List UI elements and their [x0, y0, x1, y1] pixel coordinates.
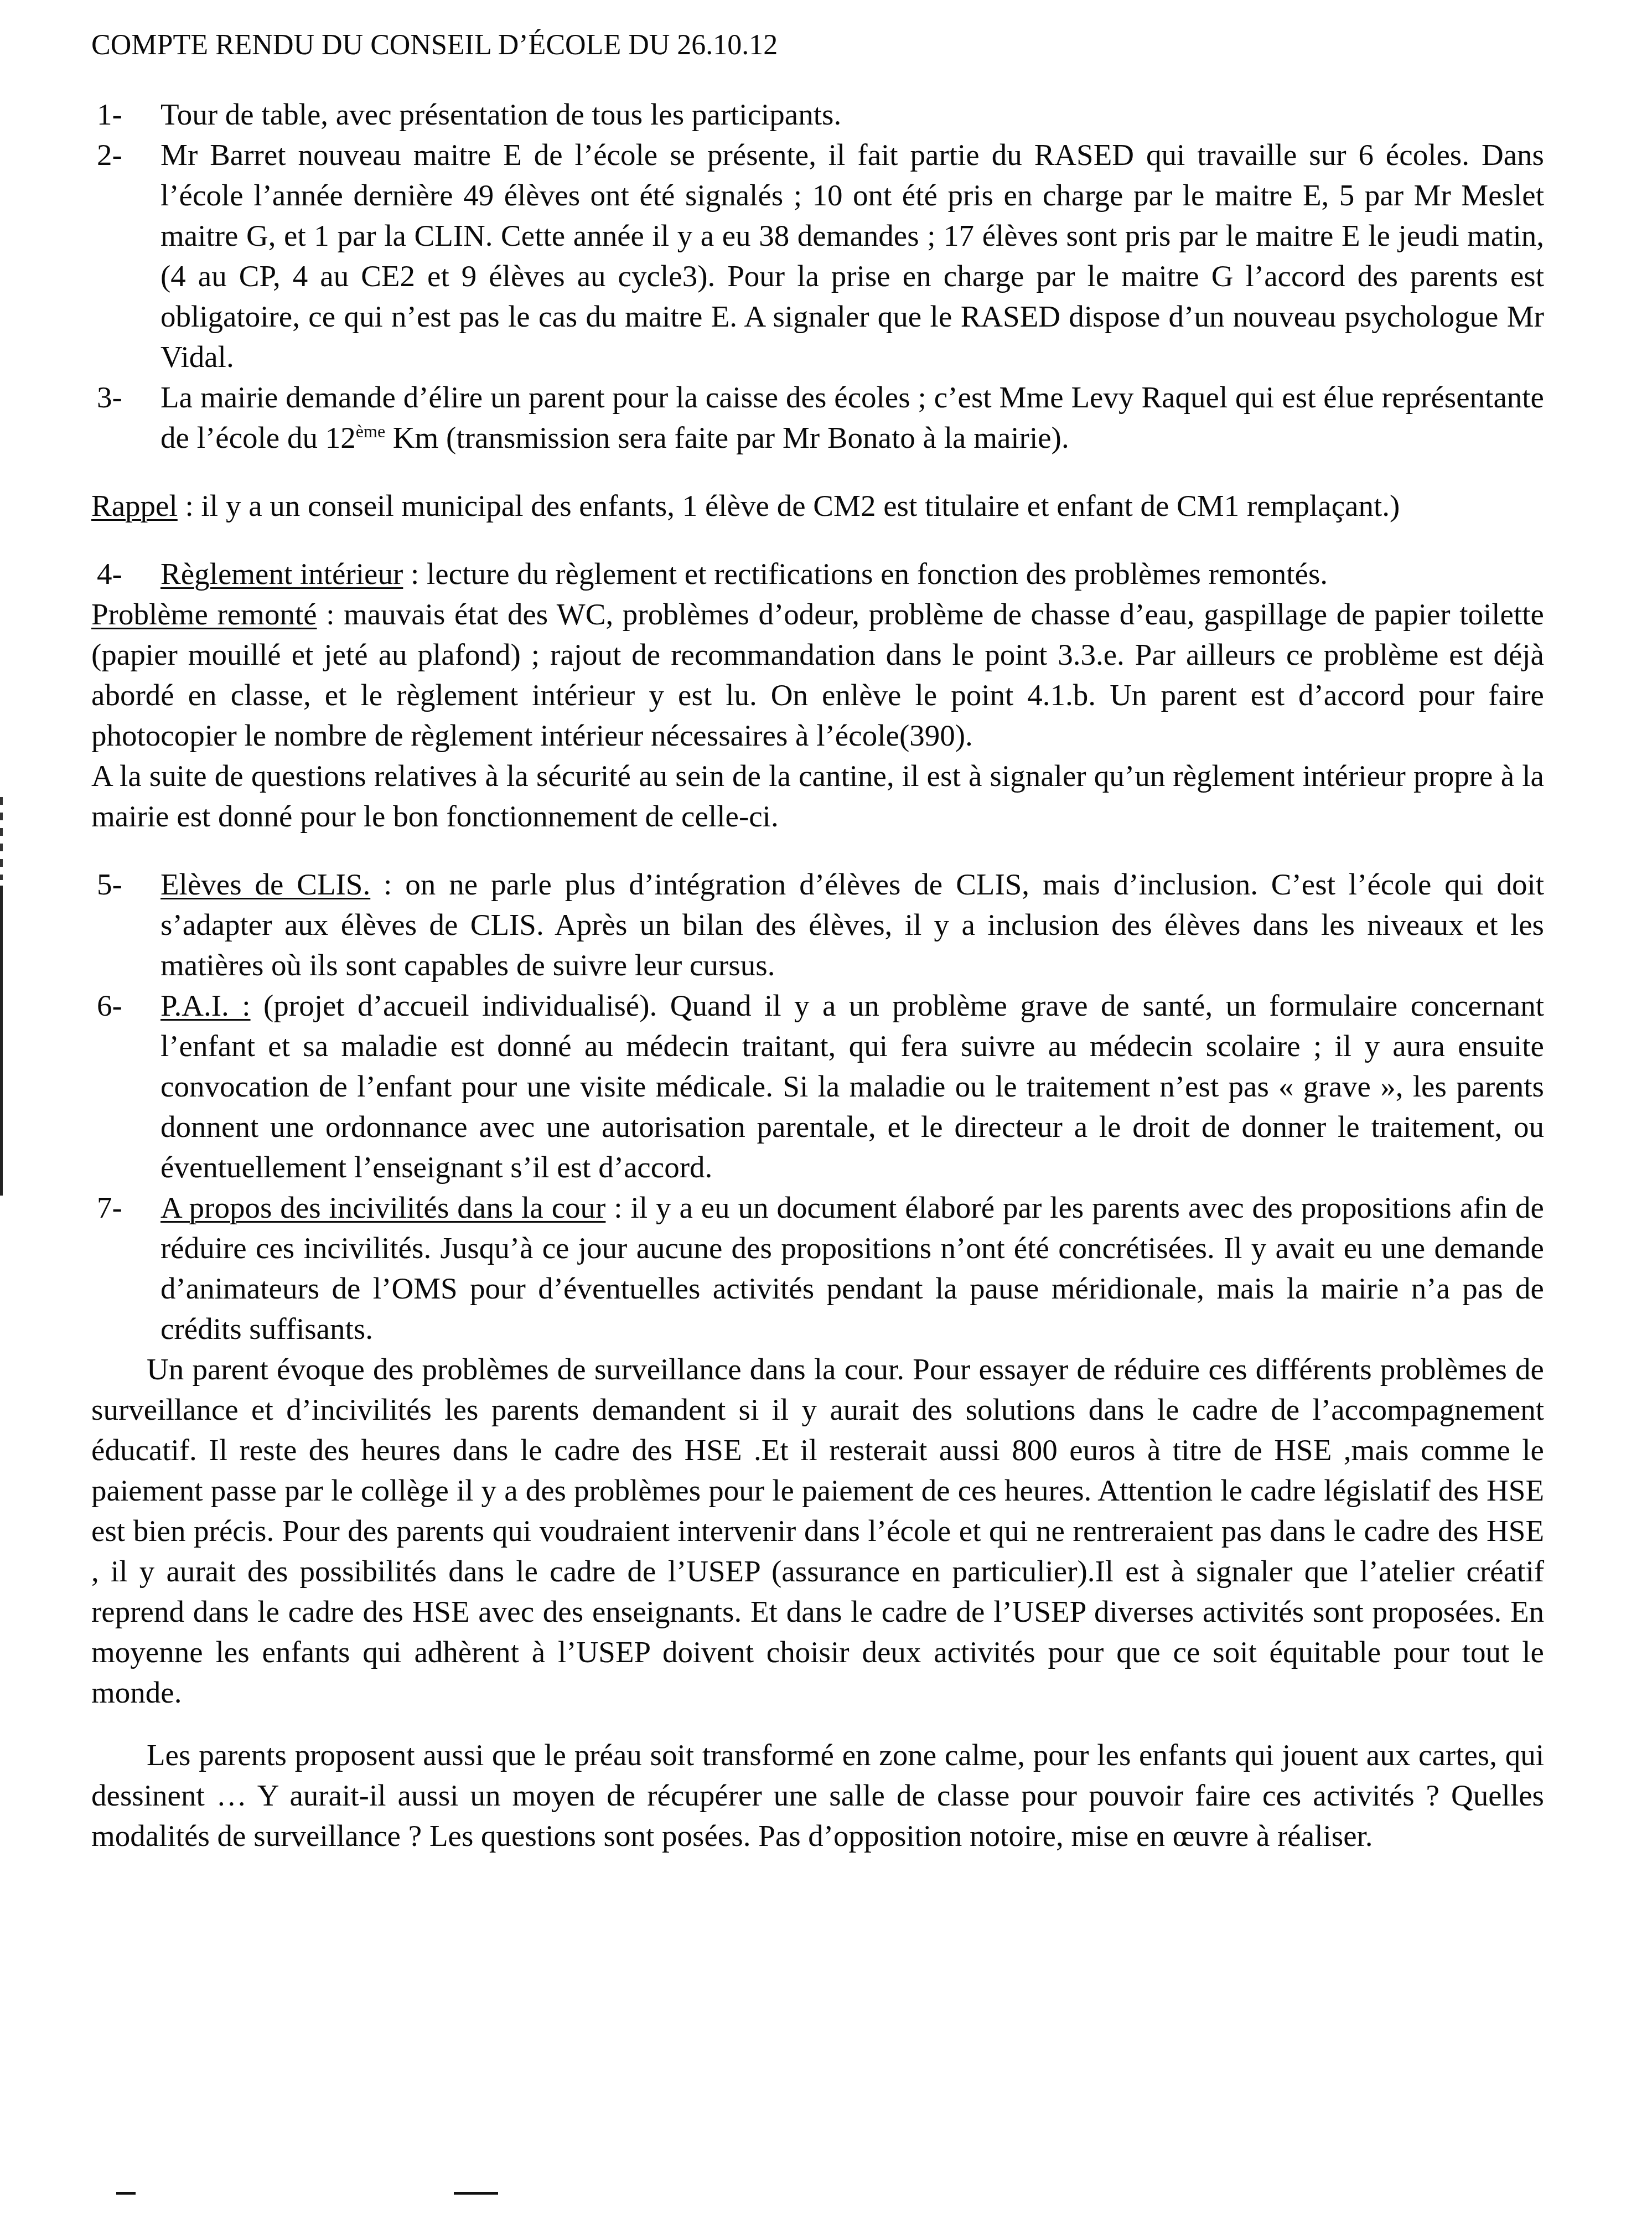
item-number: 3- — [97, 377, 160, 458]
item-number: 7- — [97, 1187, 160, 1349]
document-body: 1- Tour de table, avec présentation de t… — [91, 94, 1544, 1856]
item-1: 1- Tour de table, avec présentation de t… — [97, 94, 1544, 135]
item-number: 4- — [97, 553, 160, 594]
superscript: ème — [356, 421, 385, 441]
item-number: 6- — [97, 985, 160, 1187]
rappel-label: Rappel — [91, 489, 178, 523]
item-3: 3- La mairie demande d’élire un parent p… — [97, 377, 1544, 458]
item-7: 7- A propos des incivilités dans la cour… — [97, 1187, 1544, 1349]
item-2: 2- Mr Barret nouveau maitre E de l’école… — [97, 135, 1544, 377]
preau-paragraph: Les parents proposent aussi que le préau… — [91, 1735, 1544, 1856]
item-text: Tour de table, avec présentation de tous… — [160, 94, 1544, 135]
item-4: 4- Règlement intérieur : lecture du règl… — [91, 553, 1544, 594]
item-label: Elèves de CLIS. — [160, 867, 370, 901]
item-text: La mairie demande d’élire un parent pour… — [160, 377, 1544, 458]
item-text-part: : lecture du règlement et rectifications… — [403, 557, 1328, 591]
items-5-7: 5- Elèves de CLIS. : on ne parle plus d’… — [91, 864, 1544, 1349]
item-label: A propos des incivilités dans la cour — [160, 1191, 605, 1224]
probleme-paragraph: Problème remonté : mauvais état des WC, … — [91, 594, 1544, 756]
scan-artifact-dashes — [0, 797, 3, 880]
item-number: 5- — [97, 864, 160, 985]
item-number: 2- — [97, 135, 160, 377]
scan-artifact-line — [0, 886, 3, 1196]
item-label: P.A.I. : — [160, 989, 251, 1022]
probleme-label: Problème remonté — [91, 597, 317, 631]
cantine-paragraph: A la suite de questions relatives à la s… — [91, 756, 1544, 836]
item-text-part: (projet d’accueil individualisé). Quand … — [160, 989, 1544, 1184]
item-number: 1- — [97, 94, 160, 135]
item-text-part: Km (transmission sera faite par Mr Bonat… — [385, 421, 1069, 454]
scanned-page: COMPTE RENDU DU CONSEIL D’ÉCOLE DU 26.10… — [0, 0, 1652, 2214]
item-text: Mr Barret nouveau maitre E de l’école se… — [160, 135, 1544, 377]
rappel-text: : il y a un conseil municipal des enfant… — [178, 489, 1400, 523]
item-5: 5- Elèves de CLIS. : on ne parle plus d’… — [97, 864, 1544, 985]
item-text: A propos des incivilités dans la cour : … — [160, 1187, 1544, 1349]
rappel-paragraph: Rappel : il y a un conseil municipal des… — [91, 485, 1544, 526]
document-title: COMPTE RENDU DU CONSEIL D’ÉCOLE DU 26.10… — [91, 29, 778, 61]
surveillance-paragraph: Un parent évoque des problèmes de survei… — [91, 1349, 1544, 1713]
item-label: Règlement intérieur — [160, 557, 403, 591]
scan-mark — [454, 2192, 498, 2195]
scan-mark — [116, 2192, 136, 2195]
items-1-3: 1- Tour de table, avec présentation de t… — [91, 94, 1544, 458]
item-6: 6- P.A.I. : (projet d’accueil individual… — [97, 985, 1544, 1187]
item-text: Elèves de CLIS. : on ne parle plus d’int… — [160, 864, 1544, 985]
item-text: Règlement intérieur : lecture du règleme… — [160, 553, 1544, 594]
scan-footer-marks — [0, 2192, 830, 2203]
item-text: P.A.I. : (projet d’accueil individualisé… — [160, 985, 1544, 1187]
